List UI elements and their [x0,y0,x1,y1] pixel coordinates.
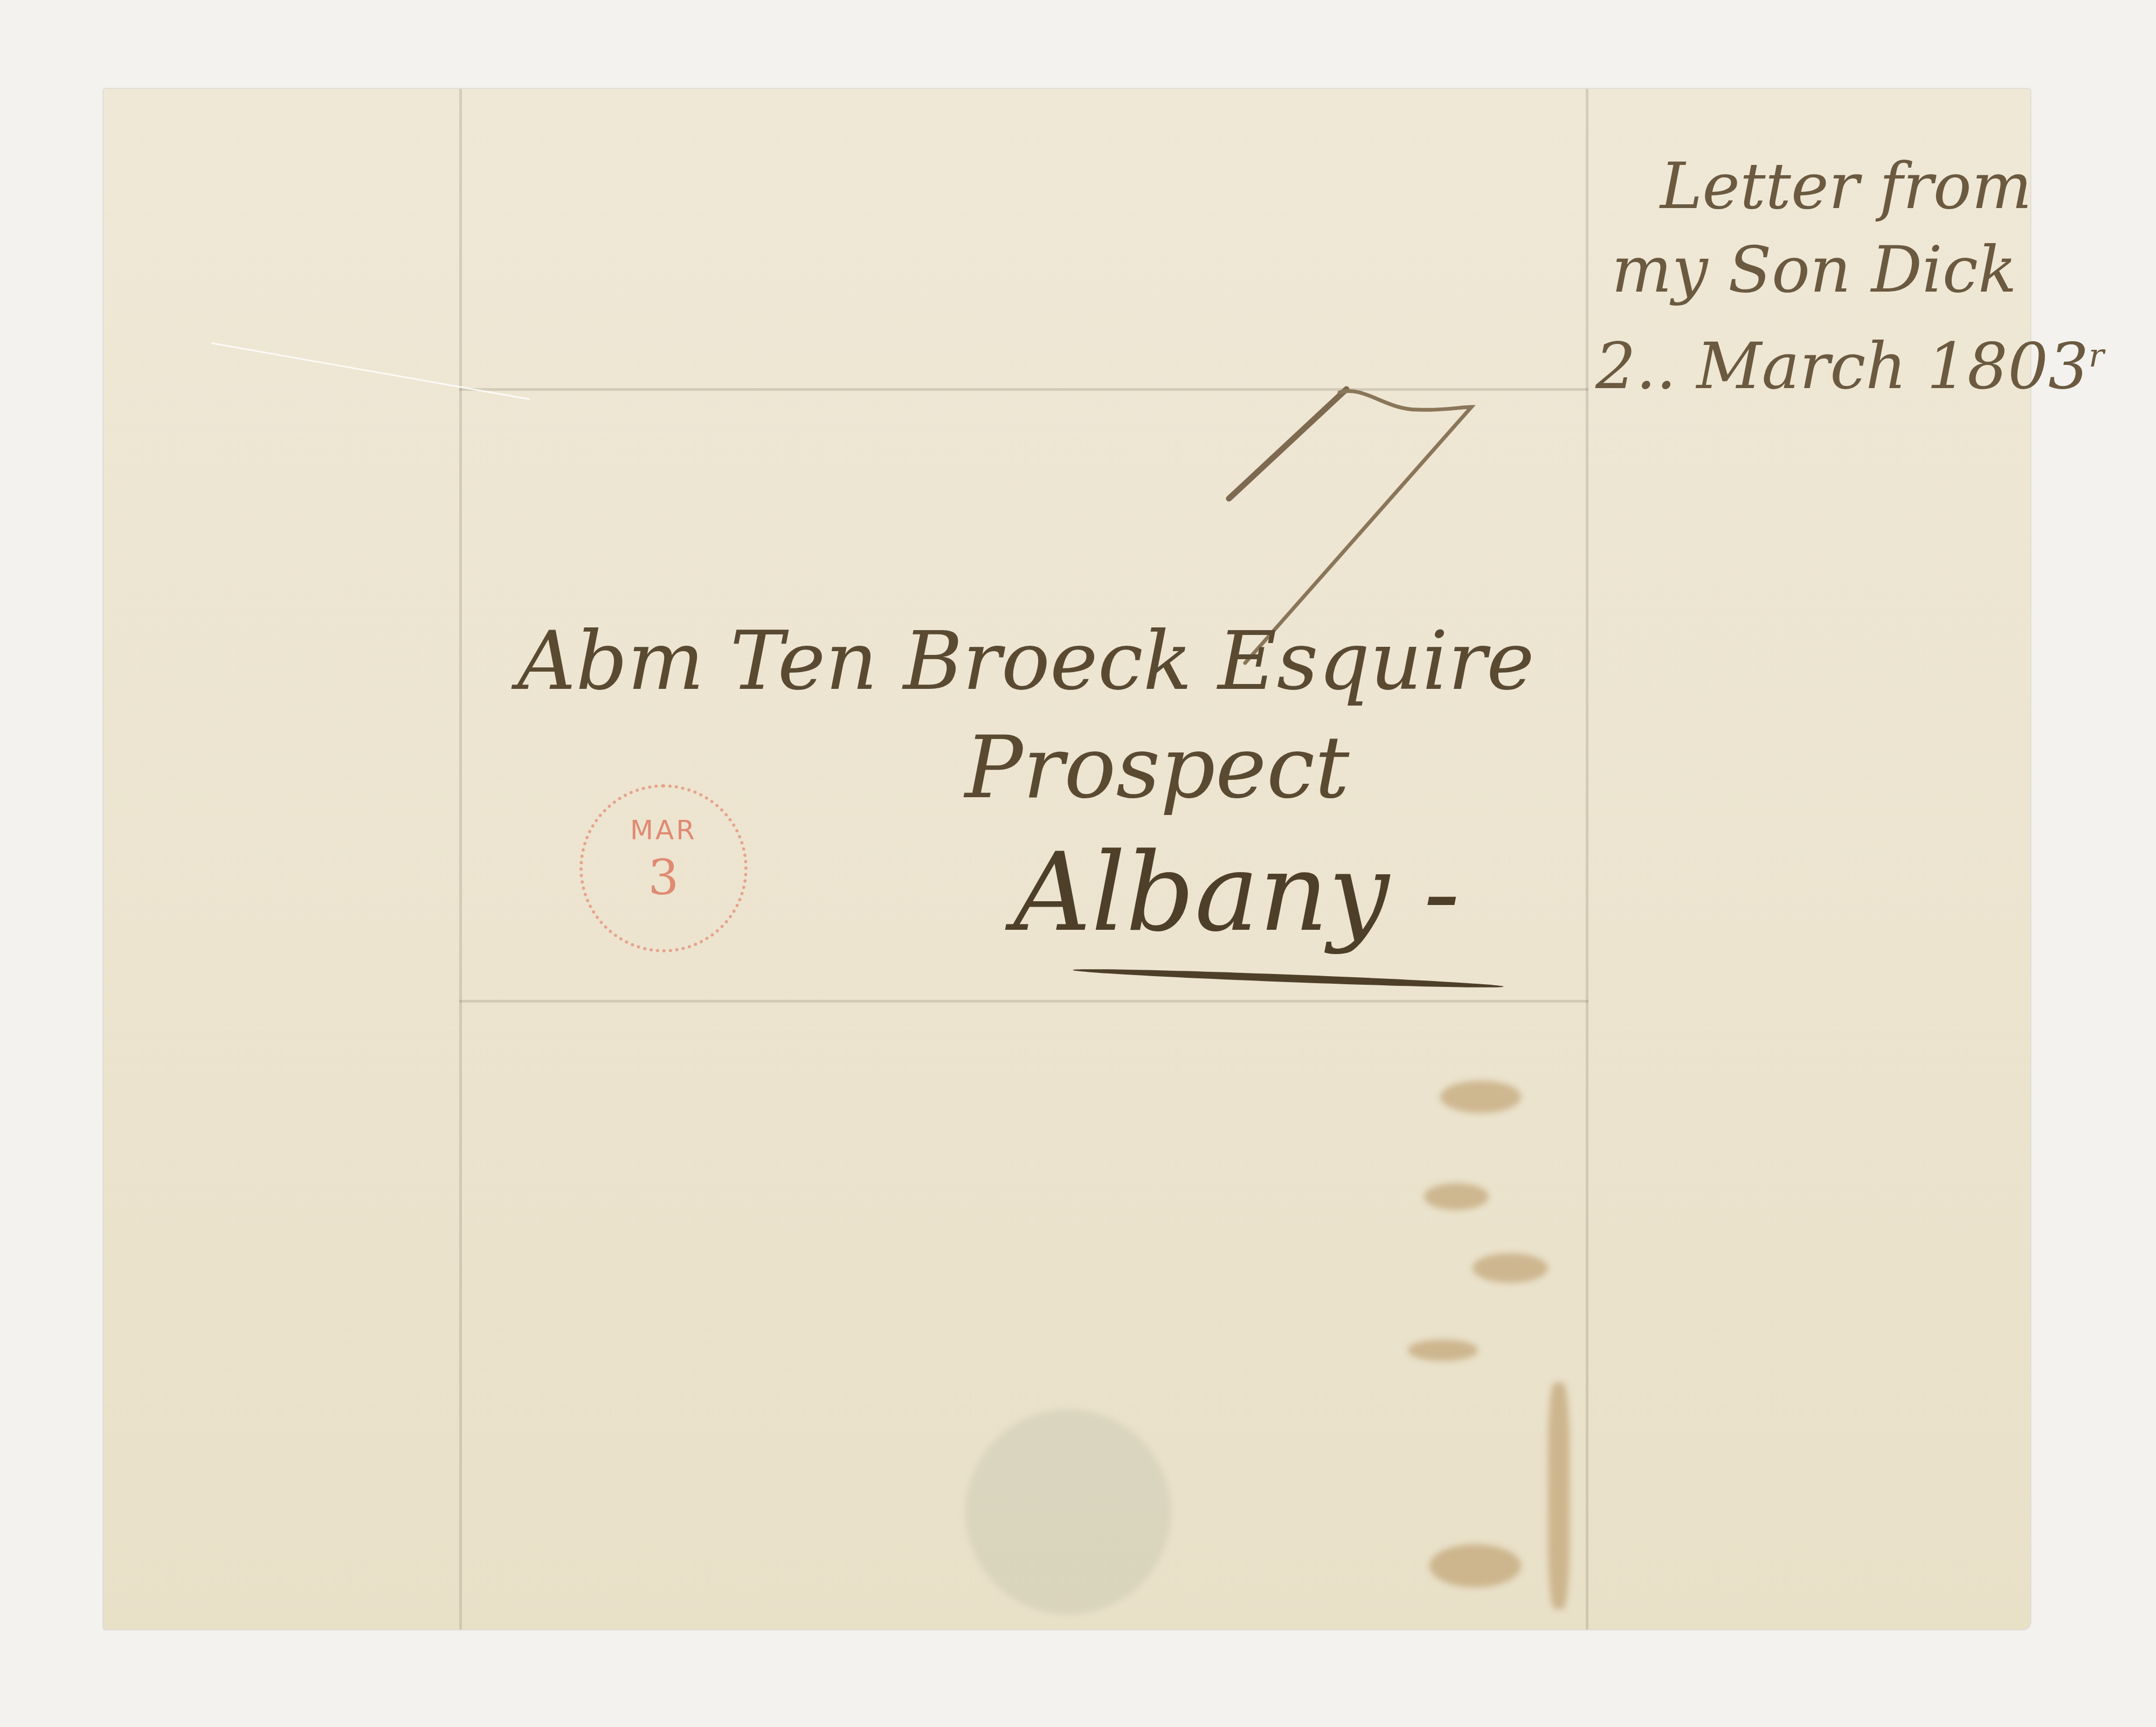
docket-note-line-3: 2.. March 1803r [1595,318,2104,404]
stain [1429,1544,1521,1587]
address-line-2: Prospect [965,717,1350,818]
stain [1424,1183,1489,1210]
docket-note-line-2: my Son Dick [1612,232,2016,307]
stain [966,1410,1171,1614]
postmark-day: 3 [583,849,744,906]
fold-line-bottom [459,1000,1588,1003]
postmark-stamp: MAR 3 [579,784,748,952]
paper-crease [211,342,530,400]
fold-line-left [459,89,462,1629]
docket-note-line-1: Letter from [1660,148,2032,224]
postmark-month: MAR [583,814,744,846]
address-line-1: Abm Ten Broeck Esquire [517,614,1535,708]
docket-date: 2.. March 1803 [1595,329,2089,403]
stain [1473,1253,1548,1283]
fold-line-right [1586,89,1588,1629]
address-line-3: Albany - [1013,830,1460,956]
docket-sup: r [2089,337,2104,375]
stain [1408,1339,1478,1361]
stain [1548,1383,1570,1609]
stain [1440,1081,1521,1113]
